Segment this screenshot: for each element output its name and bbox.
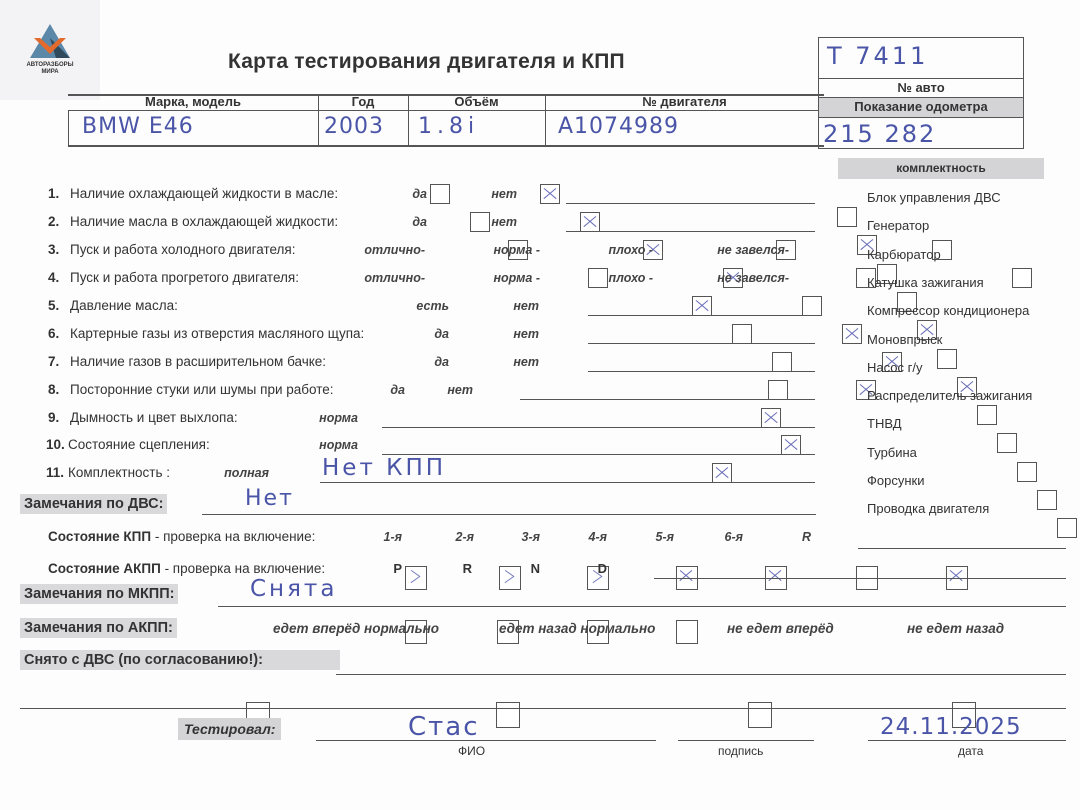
question-text: Наличие газов в расширительном бачке:: [70, 354, 326, 369]
kit-checkbox[interactable]: [977, 405, 997, 425]
mode-label: D: [598, 561, 607, 576]
gear-label: 6-я: [725, 530, 743, 544]
kit-checkbox[interactable]: [837, 207, 857, 227]
question-number: 8.: [48, 382, 59, 397]
checked-checkbox[interactable]: [781, 435, 801, 455]
option-label: отлично-: [364, 243, 425, 257]
company-logo: АВТОРАЗБОРЫ МИРА: [0, 0, 100, 100]
option-label: нет: [491, 187, 517, 201]
kit-item-label: Компрессор кондиционера: [867, 303, 1029, 318]
checked-checkbox[interactable]: [540, 184, 560, 204]
answer-line: [566, 203, 815, 204]
option-label: нет: [513, 299, 539, 313]
answer-line: [588, 315, 815, 316]
kit-title: комплектность: [838, 158, 1044, 179]
question-text: Пуск и работа прогретого двигателя:: [70, 270, 299, 285]
akpp-option-checkbox[interactable]: [496, 702, 520, 728]
gear-label: R: [802, 530, 811, 544]
answer-line: [320, 482, 815, 483]
question-text: Пуск и работа холодного двигателя:: [70, 242, 296, 257]
checkbox[interactable]: [802, 296, 822, 316]
engine-checklist: 1.Наличие охлаждающей жидкости в масле:д…: [0, 0, 1080, 20]
engine-remarks-label: Замечания по ДВС:: [20, 494, 167, 514]
answer-line: [382, 454, 815, 455]
option-label: да: [434, 327, 449, 341]
akpp-option-label: не едет вперёд: [727, 621, 834, 636]
answer-line: [520, 399, 815, 400]
checkbox[interactable]: [430, 184, 450, 204]
kit-item-label: Катушка зажигания: [867, 275, 984, 290]
odometer-value[interactable]: 215 282: [823, 120, 936, 148]
kit-item-label: Карбюратор: [867, 247, 941, 262]
gear-checkbox[interactable]: [499, 566, 521, 590]
engine-number-value[interactable]: A1074989: [558, 114, 679, 139]
kit-item-label: Генератор: [867, 218, 929, 233]
option-label: да: [412, 215, 427, 229]
akpp-option-label: не едет назад: [907, 621, 1004, 636]
mode-label: P: [393, 561, 402, 576]
option-label: норма -: [494, 271, 541, 285]
answer-line: [566, 231, 815, 232]
engine-remarks-value[interactable]: Нет: [245, 486, 294, 511]
akpp-option-checkbox[interactable]: [748, 702, 772, 728]
option-label: плохо -: [609, 271, 653, 285]
checkbox[interactable]: [732, 324, 752, 344]
option-label: нет: [491, 215, 517, 229]
gear-label: 4-я: [589, 530, 607, 544]
option-label: норма -: [494, 243, 541, 257]
question-text: Наличие масла в охлаждающей жидкости:: [70, 214, 338, 229]
kit-item-label: ТНВД: [867, 416, 902, 431]
odometer-label: Показание одометра: [819, 99, 1023, 114]
question-text: Дымность и цвет выхлопа:: [70, 410, 238, 425]
question-number: 1.: [48, 186, 59, 201]
question-text: Посторонние стуки или шумы при работе:: [70, 382, 334, 397]
answer-line: [588, 371, 815, 372]
mode-checkbox[interactable]: [676, 620, 698, 644]
option-label: нет: [513, 355, 539, 369]
document-title: Карта тестирования двигателя и КПП: [228, 50, 625, 74]
kit-checkbox[interactable]: [1017, 462, 1037, 482]
akpp-remarks-label: Замечания по АКПП:: [20, 618, 177, 638]
engine-number-header: № двигателя: [545, 94, 824, 109]
option-label: не завелся-: [717, 243, 789, 257]
kit-checkbox[interactable]: [997, 433, 1017, 453]
vehicle-header-table: Марка, модель Год Объём № двигателя BMW …: [68, 94, 824, 146]
kit-item-label: Форсунки: [867, 473, 924, 488]
answer-line: [588, 343, 815, 344]
option-label: да: [434, 355, 449, 369]
question-number: 7.: [48, 354, 59, 369]
question-number: 11.: [46, 465, 64, 480]
option-label: норма: [319, 411, 358, 425]
kit-item-label: Распределитель зажигания: [867, 388, 1032, 403]
gear-label: 2-я: [456, 530, 474, 544]
tester-name-value[interactable]: Стас: [408, 712, 480, 742]
manual-gearbox-label: Состояние КПП - проверка на включение:: [48, 529, 315, 544]
question-text: Состояние сцепления:: [68, 437, 210, 452]
checked-checkbox[interactable]: [580, 212, 600, 232]
logo-mountain-icon: [30, 24, 70, 60]
question-number: 2.: [48, 214, 59, 229]
checked-checkbox[interactable]: [712, 463, 732, 483]
checkbox[interactable]: [470, 212, 490, 232]
question-number: 3.: [48, 242, 59, 257]
auto-gearbox-label: Состояние АКПП - проверка на включение:: [48, 561, 325, 576]
question-number: 4.: [48, 270, 59, 285]
akpp-option-label: едет назад нормально: [499, 621, 655, 636]
option-label: нет: [447, 383, 473, 397]
kit-item-label: Насос г/у: [867, 360, 922, 375]
kit-item-label: Турбина: [867, 445, 917, 460]
option-label: норма: [319, 438, 358, 452]
kit-checkbox[interactable]: [1057, 518, 1077, 538]
checkbox[interactable]: [772, 352, 792, 372]
auto-odometer-box: Т 7411 № авто Показание одометра 215 282: [818, 37, 1024, 149]
volume-header: Объём: [408, 94, 545, 109]
removed-label: Снято с ДВС (по согласованию!):: [20, 650, 340, 670]
gear-label: 1-я: [384, 530, 402, 544]
question-text: Комплектность :: [68, 465, 170, 480]
date-caption: дата: [958, 744, 983, 758]
question-text: Давление масла:: [70, 298, 178, 313]
option-label: есть: [416, 299, 449, 313]
question-text: Картерные газы из отверстия масляного щу…: [70, 326, 364, 341]
checkbox[interactable]: [1012, 268, 1032, 288]
question-number: 9.: [48, 410, 59, 425]
tested-by-label: Тестировал:: [178, 718, 281, 740]
auto-number-value[interactable]: Т 7411: [827, 42, 928, 70]
gear-label: 3-я: [522, 530, 540, 544]
year-value[interactable]: 2003: [324, 114, 384, 139]
checked-checkbox[interactable]: [842, 324, 862, 344]
date-value[interactable]: 24.11.2025: [880, 714, 1022, 740]
option-label: да: [390, 383, 405, 397]
option-label: не завелся-: [717, 271, 789, 285]
mode-label: N: [531, 561, 540, 576]
checked-checkbox[interactable]: [761, 408, 781, 428]
make-model-header: Марка, модель: [68, 94, 318, 109]
option-label: полная: [224, 466, 269, 480]
mode-label: R: [463, 561, 472, 576]
option-label: нет: [513, 327, 539, 341]
kit-item-label: Блок управления ДВС: [867, 190, 1001, 205]
fio-caption: ФИО: [458, 744, 485, 758]
gear-label: 5-я: [656, 530, 674, 544]
kit-checkbox[interactable]: [1037, 490, 1057, 510]
kit-checkbox[interactable]: [937, 349, 957, 369]
question-text: Наличие охлаждающей жидкости в масле:: [70, 186, 338, 201]
answer-line: [382, 427, 815, 428]
akpp-option-label: едет вперёд нормально: [273, 621, 439, 636]
checkbox[interactable]: [768, 380, 788, 400]
question-number: 6.: [48, 326, 59, 341]
kit-item-label: Моновпрыск: [867, 332, 942, 347]
make-model-value[interactable]: BMW E46: [82, 114, 194, 139]
question-number: 10.: [46, 437, 65, 452]
option-label: плохо -: [609, 243, 653, 257]
gear-checkbox[interactable]: [405, 566, 427, 590]
year-header: Год: [318, 94, 408, 109]
kit-item-label: Проводка двигателя: [867, 501, 989, 516]
signature-caption: подпись: [718, 744, 763, 758]
checked-checkbox[interactable]: [692, 296, 712, 316]
auto-number-label: № авто: [819, 80, 1023, 95]
mkpp-remarks-value[interactable]: Снята: [250, 576, 337, 602]
option-label: отлично-: [364, 271, 425, 285]
completeness-note[interactable]: Нет КПП: [322, 455, 446, 481]
checkbox[interactable]: [588, 268, 608, 288]
option-label: да: [412, 187, 427, 201]
logo-name: АВТОРАЗБОРЫ МИРА: [0, 62, 100, 76]
mkpp-remarks-label: Замечания по МКПП:: [20, 584, 178, 604]
volume-value[interactable]: 1.8i: [418, 114, 479, 139]
question-number: 5.: [48, 298, 59, 313]
